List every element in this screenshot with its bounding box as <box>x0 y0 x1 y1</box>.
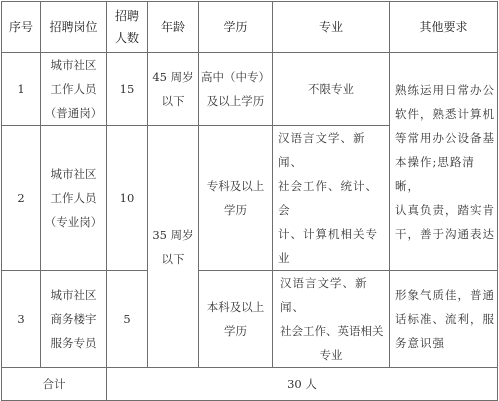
header-count: 招聘 人数 <box>107 2 148 53</box>
row-position: 城市社区工作人员（普通岗） <box>41 53 107 126</box>
header-age: 年龄 <box>148 2 199 53</box>
table-row: 3 城市社区商务楼宇服务专员 5 本科及以上学历 汉语言文学、新闻、社会工作、英… <box>2 271 498 308</box>
header-other: 其他要求 <box>390 2 498 53</box>
recruitment-table: 序号 招聘岗位 招聘 人数 年龄 学历 专业 其他要求 1 城市社区工作人员（普… <box>1 1 498 307</box>
row-major: 汉语言文学、新闻、社会工作、英语相关专业 <box>273 271 390 308</box>
header-count-line: 人数 <box>108 27 146 49</box>
row-age-shared: 35 周岁以下 <box>148 126 199 308</box>
header-count-line: 招聘 <box>108 5 146 27</box>
row-education: 专科及以上学历 <box>199 126 273 271</box>
row-other-requirements: 熟练运用日常办公软件，熟悉计算机等常用办公设备基本操作;思路清晰，认真负责，踏实… <box>390 53 498 271</box>
row-education: 本科及以上学历 <box>199 271 273 308</box>
row-count: 10 <box>107 126 148 271</box>
header-major: 专业 <box>273 2 390 53</box>
row-no: 2 <box>2 126 41 271</box>
row-position: 城市社区商务楼宇服务专员 <box>41 271 107 308</box>
header-no: 序号 <box>2 2 41 53</box>
row-position: 城市社区工作人员（专业岗） <box>41 126 107 271</box>
row-major: 汉语言文学、新闻、社会工作、统计、会计、计算机相关专业 <box>273 126 390 271</box>
row-no: 3 <box>2 271 41 308</box>
row-count: 5 <box>107 271 148 308</box>
row-no: 1 <box>2 53 41 126</box>
header-position: 招聘岗位 <box>41 2 107 53</box>
table-row: 1 城市社区工作人员（普通岗） 15 45 周岁以下 高中（中专）及以上学历 不… <box>2 53 498 126</box>
header-education: 学历 <box>199 2 273 53</box>
row-other-requirements: 形象气质佳，普通话标准、流利，服务意识强 <box>390 271 498 308</box>
row-major: 不限专业 <box>273 53 390 126</box>
header-row: 序号 招聘岗位 招聘 人数 年龄 学历 专业 其他要求 <box>2 2 498 53</box>
row-age: 45 周岁以下 <box>148 53 199 126</box>
row-education: 高中（中专）及以上学历 <box>199 53 273 126</box>
row-count: 15 <box>107 53 148 126</box>
